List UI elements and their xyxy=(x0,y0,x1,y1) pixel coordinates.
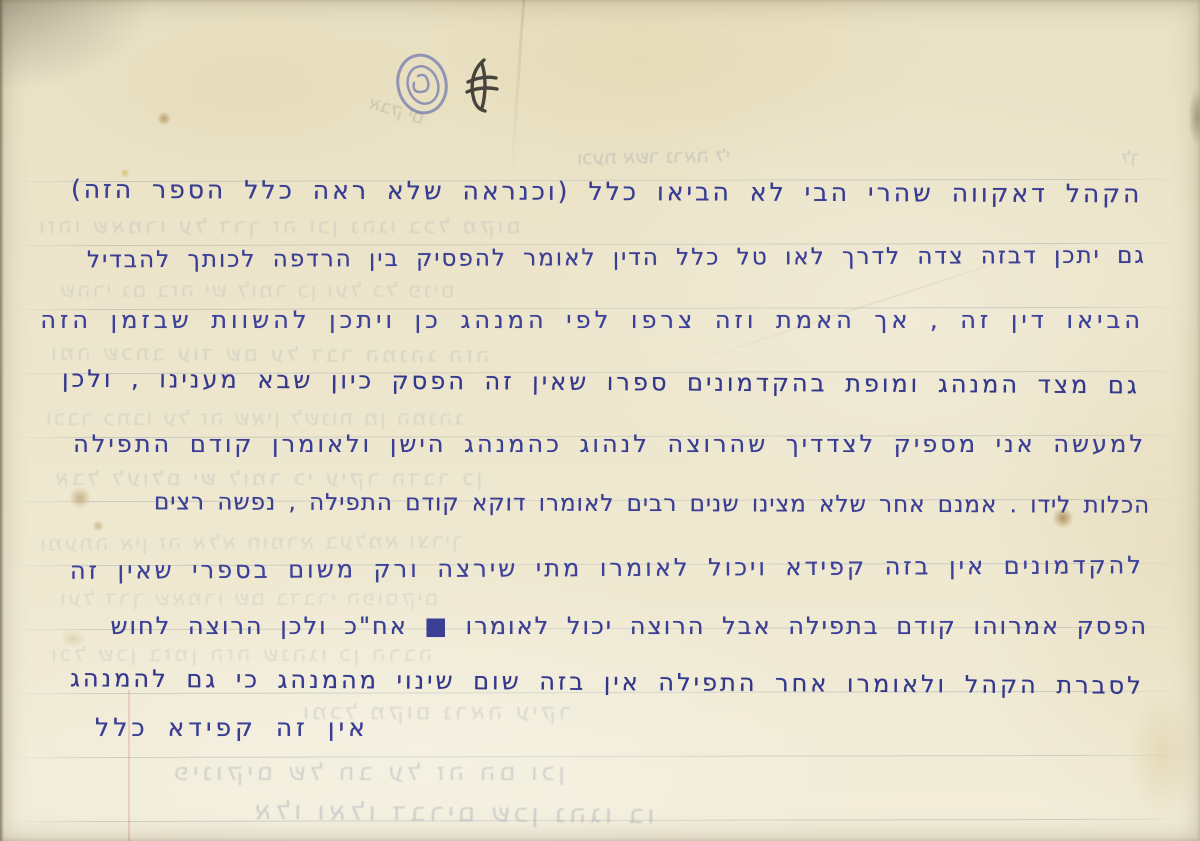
paper-left-edge xyxy=(0,0,4,841)
handwritten-line: הקהל דאקווה שהרי הבי לא הביאו כלל (וכנרא… xyxy=(71,170,1143,215)
handwritten-line: אין זה קפידא כלל xyxy=(95,708,369,748)
paper-edge-tear xyxy=(1188,88,1200,146)
pencil-mark xyxy=(458,56,504,116)
handwritten-line: הכלות לידו . אמנם אחר שלא מצינו שנים רבי… xyxy=(154,482,1150,525)
ink-stamp-mark xyxy=(392,50,454,120)
torn-corner-shadow xyxy=(0,0,150,90)
handwritten-line: להקדמונים אין בזה קפידא ויכול לאומרו מתי… xyxy=(70,545,1144,591)
bleed-through-text: פינוקים של חב על זה הם וכן xyxy=(170,758,565,786)
handwritten-line: גם מצד המנהג ומופת בהקדמונים ספרו שאין ז… xyxy=(62,359,1140,406)
bleed-through-text: וכעת אשר נראה לי xyxy=(577,145,730,170)
handwritten-line: הפסק אמרוהו קודם בתפילה אבל הרוצה יכול ל… xyxy=(110,606,1148,646)
handwritten-line: הביאו דין זה , אך האמת וזה צרפו לפי המנה… xyxy=(40,300,1144,340)
bleed-through-text: לך xyxy=(1121,148,1140,168)
bleed-through-text: וזהו שאמרו על דרך זה וכן נהגו בכל מקום xyxy=(36,214,520,238)
bleed-through-text: אלו ואלו דברים שכן נהגו בו xyxy=(250,796,655,830)
handwritten-line: למעשה אני מספיק לצדדיך שהרוצה לנהוג כהמנ… xyxy=(73,424,1146,464)
bleed-through-text: שהרי גם בזה יש לומר כן ועל כל פנים xyxy=(58,278,454,302)
handwritten-line: לסברת הקהל ולאומרו אחר התפילה אין בזה שו… xyxy=(70,658,1144,705)
handwritten-line: גם יתכן דבזה צדה לדרך לאו טל כלל הדין לא… xyxy=(87,236,1146,281)
